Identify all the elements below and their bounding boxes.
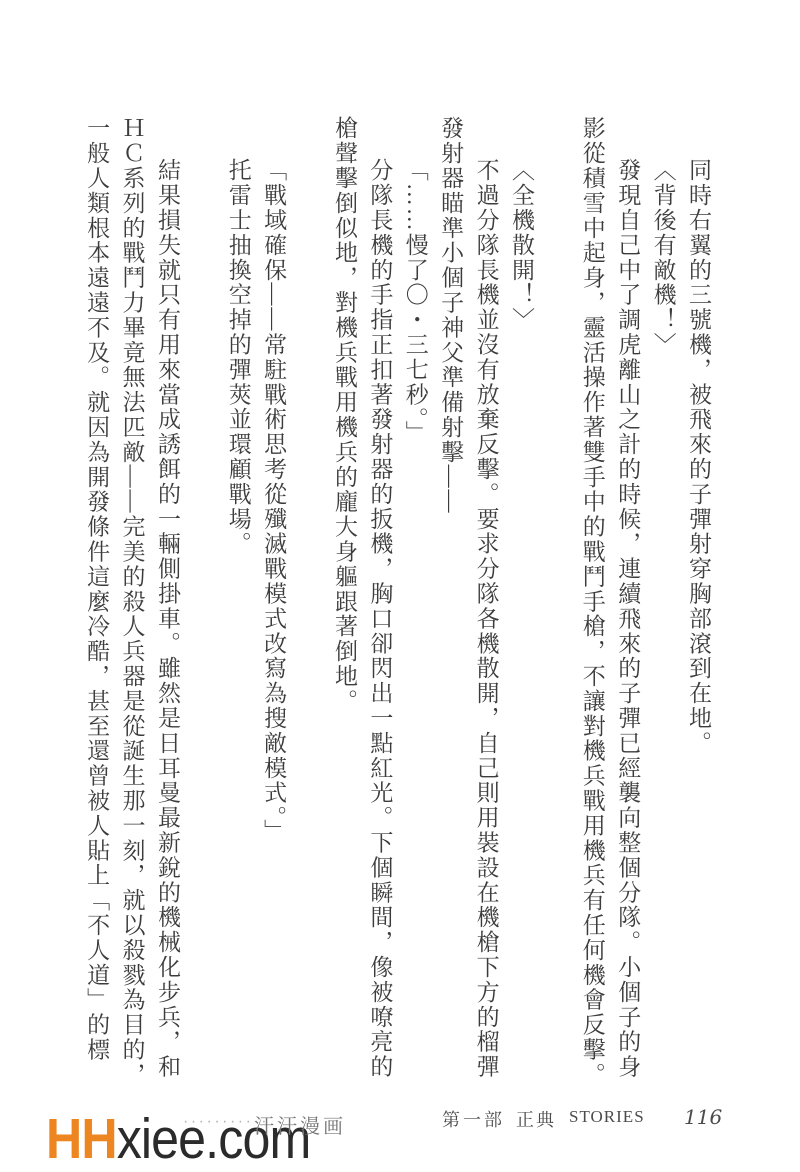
paragraph: 托雷士抽換空掉的彈莢並環顧戰場。 — [220, 116, 255, 1092]
paragraph: 同時右翼的三號機，被飛來的子彈射穿胸部滾到在地。 — [681, 116, 716, 1092]
footer-title-label: 正典 — [516, 1106, 556, 1132]
body-text: 同時右翼的三號機，被飛來的子彈射穿胸部滾到在地。 〈背後有敵機！〉 發現自己中了… — [79, 116, 716, 1092]
paragraph: 〈背後有敵機！〉 — [645, 116, 680, 1092]
paragraph: 「……慢了〇・三七秒。」 — [397, 116, 432, 1092]
paragraph: 分隊長機的手指正扣著發射器的扳機，胸口卻閃出一點紅光。下個瞬間，像被嘹亮的槍聲擊… — [327, 116, 398, 1092]
paragraph: 〈全機散開！〉 — [504, 116, 539, 1092]
paragraph: 「戰域確保——常駐戰術思考從殲滅戰模式改寫為搜敵模式。」 — [256, 116, 291, 1092]
page-number: 116 — [684, 1105, 722, 1129]
watermark-site-name: 汗汗漫画 — [254, 1110, 346, 1139]
paragraph: 不過分隊長機並沒有放棄反擊。要求分隊各機散開，自己則用裝設在機槍下方的榴彈發射器… — [433, 116, 504, 1092]
paragraph: 結果損失就只有用來當成誘餌的一輛側掛車。雖然是日耳曼最新銳的機械化步兵，和ＨＣ系… — [79, 116, 185, 1092]
novel-page: { "novel": { "paragraphs": [ { "text": "… — [0, 0, 800, 1172]
footer-series-label: STORIES — [569, 1107, 645, 1127]
paragraph: 發現自己中了調虎離山之計的時候，連續飛來的子彈已經襲向整個分隊。小個子的身影從積… — [574, 116, 645, 1092]
watermark-hh: HH — [46, 1107, 117, 1171]
footer-part-label: 第一部 — [442, 1106, 505, 1132]
